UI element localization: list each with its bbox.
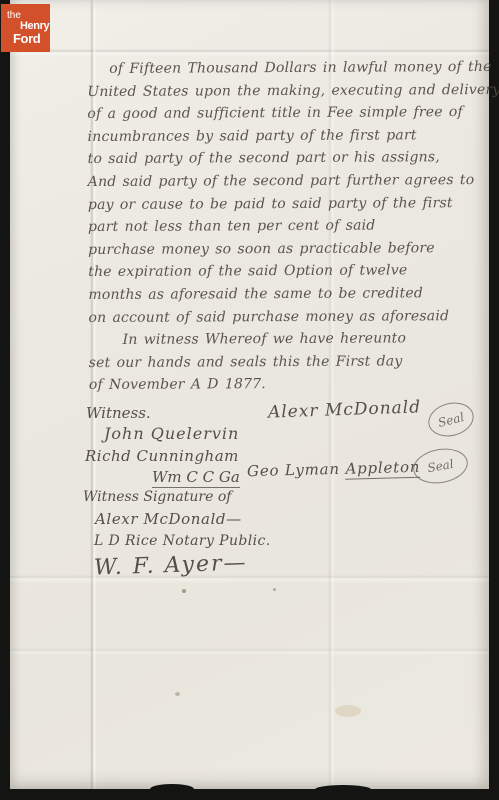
scanned-document-page: { "branding": { "the": "the", "henry": "…	[0, 0, 499, 800]
signature-appleton: Geo Lyman Appleton	[247, 458, 421, 481]
attestation-name: Alexr McDonald—	[95, 510, 242, 528]
stain-mark	[273, 588, 276, 591]
paper-edge-notch	[150, 784, 194, 794]
paper-edge-notch	[315, 785, 371, 794]
document-line: of Fifteen Thousand Dollars in lawful mo…	[87, 56, 487, 81]
document-line: set our hands and seals this the First d…	[89, 350, 489, 375]
seal-label: Seal	[426, 457, 454, 475]
signature-witness3-text: Wm C C Ga	[152, 468, 240, 488]
seal-oval: Seal	[425, 398, 478, 441]
stain-mark	[335, 705, 361, 717]
document-line: United States upon the making, executing…	[87, 79, 487, 104]
document-line: on account of said purchase money as afo…	[88, 304, 488, 329]
document-line: purchase money so soon as practicable be…	[88, 237, 488, 262]
document-line: the expiration of the said Option of twe…	[88, 259, 488, 284]
document-line: incumbrances by said party of the first …	[87, 124, 487, 149]
signature-appleton-first: Geo Lyman	[247, 460, 346, 481]
henry-ford-logo: the Henry Ford	[1, 4, 50, 52]
stain-mark	[182, 589, 186, 593]
witness-label: Witness.	[86, 404, 151, 422]
document-line: of November A D 1877.	[89, 372, 489, 397]
signature-mcdonald: Alexr McDonald	[268, 397, 422, 422]
seal-oval: Seal	[410, 444, 470, 487]
logo-text-the: the	[7, 10, 21, 21]
document-line: pay or cause to be paid to said party of…	[88, 192, 488, 217]
document-paper: of Fifteen Thousand Dollars in lawful mo…	[10, 0, 489, 789]
document-line: part not less than ten per cent of said	[88, 214, 488, 239]
signature-ayer: W. F. Ayer—	[94, 550, 248, 580]
signature-witness1: John Quelervin	[104, 424, 239, 443]
signature-witness2: Richd Cunningham	[85, 447, 239, 465]
seal-label: Seal	[437, 410, 466, 430]
document-line: In witness Whereof we have hereunto	[89, 327, 489, 352]
document-line: And said party of the second part furthe…	[88, 169, 488, 194]
signature-witness3: Wm C C Ga	[152, 468, 240, 486]
manuscript-text: of Fifteen Thousand Dollars in lawful mo…	[87, 56, 489, 397]
stain-mark	[175, 692, 180, 696]
attestation-label: Witness Signature of	[83, 489, 231, 505]
document-line: months as aforesaid the same to be credi…	[88, 282, 488, 307]
document-line: to said party of the second part or his …	[88, 146, 488, 171]
logo-text-ford: Ford	[13, 31, 40, 46]
document-line: of a good and sufficient title in Fee si…	[87, 101, 487, 126]
notary-line: L D Rice Notary Public.	[94, 533, 271, 549]
signature-appleton-last: Appleton	[345, 458, 420, 480]
